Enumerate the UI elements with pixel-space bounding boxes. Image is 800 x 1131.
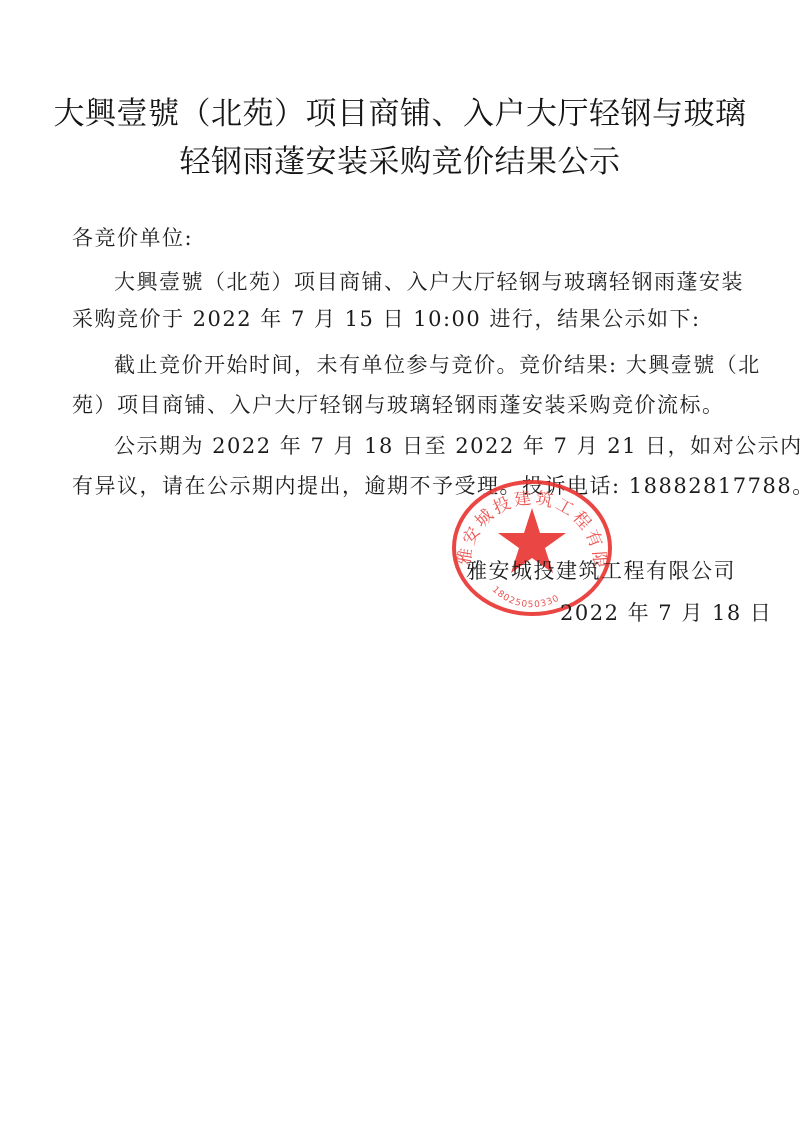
signature-date: 2022 年 7 月 18 日 <box>560 597 772 627</box>
paragraph-3-line-1: 公示期为 2022 年 7 月 18 日至 2022 年 7 月 21 日，如对… <box>114 430 800 460</box>
document-title-line-1: 大興壹號（北苑）项目商铺、入户大厅轻钢与玻璃 <box>0 88 800 133</box>
paragraph-1-line-1: 大興壹號（北苑）项目商铺、入户大厅轻钢与玻璃轻钢雨蓬安装 <box>114 266 744 296</box>
salutation: 各竞价单位: <box>72 222 193 252</box>
paragraph-2-line-1: 截止竞价开始时间，未有单位参与竞价。竞价结果: 大興壹號（北 <box>114 349 761 379</box>
paragraph-2-line-2: 苑）项目商铺、入户大厅轻钢与玻璃轻钢雨蓬安装采购竞价流标。 <box>72 389 725 419</box>
signature-company: 雅安城投建筑工程有限公司 <box>466 555 736 585</box>
paragraph-3-line-2: 有异议，请在公示期内提出，逾期不予受理。投诉电话: 18882817788。 <box>72 470 800 500</box>
paragraph-1-line-2: 采购竞价于 2022 年 7 月 15 日 10:00 进行，结果公示如下: <box>72 303 701 333</box>
document-title-line-2: 轻钢雨蓬安装采购竞价结果公示 <box>0 136 800 181</box>
